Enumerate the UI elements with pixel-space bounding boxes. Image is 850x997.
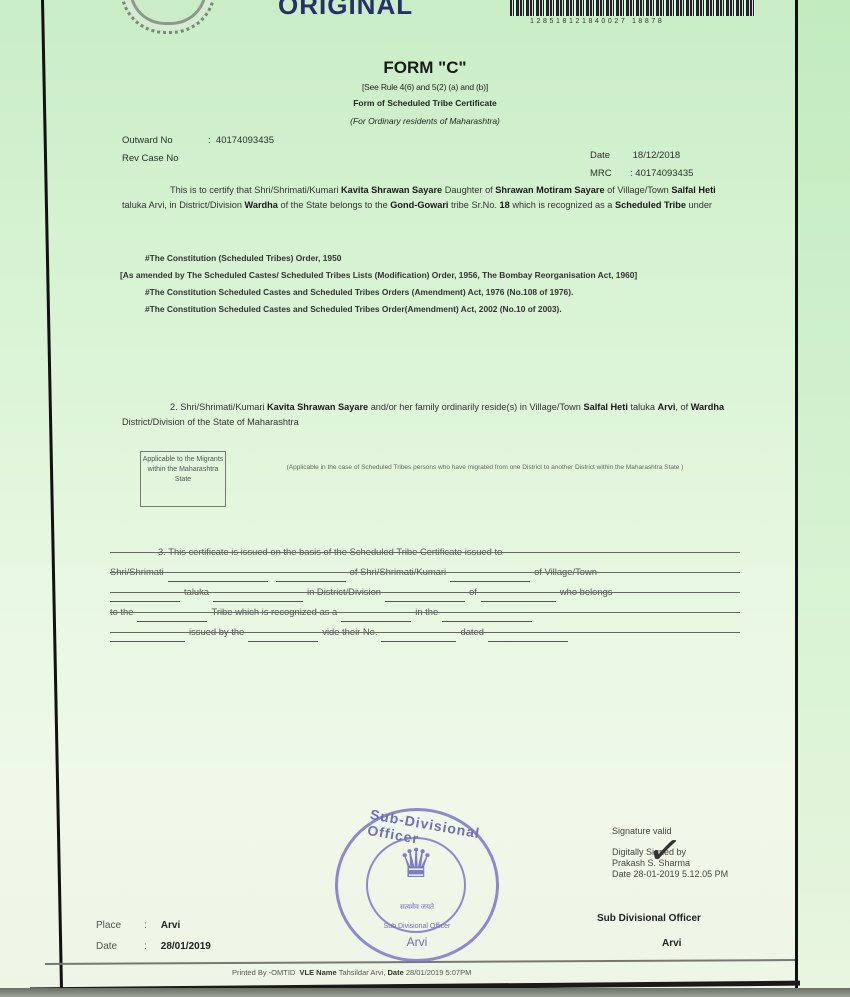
struck-line: to theTribe which is recognized as ain t…	[110, 602, 740, 622]
tribe: Gond-Gowari	[390, 200, 448, 210]
migrants-note: (Applicable in the case of Scheduled Tri…	[240, 462, 730, 473]
text: , in District/Division	[164, 200, 244, 210]
text: of	[469, 586, 477, 597]
text: taluka	[122, 200, 149, 210]
text: of Village/Town	[605, 185, 672, 195]
frame-border-left	[41, 0, 63, 990]
order-item: [As amended by The Scheduled Castes/ Sch…	[95, 269, 720, 282]
text: of the State belongs to the	[278, 200, 390, 210]
officer-office: Arvi	[662, 938, 681, 949]
barcode-icon	[510, 0, 755, 16]
rev-case-label: Rev Case No	[122, 153, 179, 164]
blank	[385, 589, 465, 602]
text: tribe Sr.No.	[448, 200, 499, 210]
date-value: 18/12/2018	[633, 150, 681, 161]
blank	[341, 609, 411, 622]
vle-name: Tahsildar Arvi,	[339, 968, 386, 977]
order-item: #The Constitution Scheduled Castes and S…	[120, 303, 720, 316]
checkmark-icon: ✓	[645, 826, 685, 876]
text: who belongs	[560, 586, 613, 597]
blank	[488, 629, 568, 642]
applicability-note: (For Ordinary residents of Maharashtra)	[0, 116, 850, 126]
father-name: Shrawan Motiram Sayare	[495, 185, 604, 195]
printed-by: Printed By -OMTID	[232, 968, 295, 977]
date-field: Date 18/12/2018	[590, 150, 680, 161]
holder-name: Kavita Shrawan Sayare	[341, 185, 442, 195]
government-emblem-icon	[120, 0, 216, 34]
tribe-sr-no: 18	[500, 200, 510, 210]
text: of Shri/Shrimati/Kumari	[350, 566, 446, 577]
village: Salfal Heti	[671, 185, 715, 195]
barcode-number: 128518121840027 18878	[530, 18, 664, 25]
outward-no: Outward No: 40174093435	[122, 135, 274, 146]
text: dated	[460, 626, 483, 637]
order-item: #The Constitution Scheduled Castes and S…	[120, 286, 720, 299]
official-seal: Sub-Divisional Officer ♛ सत्यमेव जयते Su…	[335, 808, 499, 962]
mrc-value: 40174093435	[635, 168, 693, 179]
issue-date: Date:28/01/2019	[96, 941, 211, 952]
place-value: Arvi	[161, 920, 180, 931]
text: Tribe which is recognized as a	[211, 606, 337, 617]
lion-capital-emblem-icon: ♛	[376, 841, 456, 887]
text: vide their No.	[322, 626, 377, 637]
date-label: Date	[590, 150, 630, 161]
text: District/Division of the State of Mahara…	[122, 417, 299, 427]
mrc-field: MRC: 40174093435	[590, 168, 693, 179]
blank	[137, 609, 207, 622]
district: Wardha	[691, 402, 724, 412]
text: and/or her family ordinarily reside(s) i…	[368, 402, 583, 412]
struck-line: issued by thevide their No.dated	[110, 622, 740, 642]
struck-line: talukain District/Divisionofwho belongs	[110, 582, 740, 602]
text: in the	[415, 606, 438, 617]
text: issued by the	[189, 626, 244, 637]
outward-no-label: Outward No	[122, 135, 208, 146]
text: to the	[110, 606, 133, 617]
mrc-label: MRC	[590, 168, 630, 179]
tribe-status: Scheduled Tribe	[615, 200, 686, 210]
struck-line: 3. This certificate is issued on the bas…	[110, 542, 740, 562]
table-edge	[0, 988, 850, 997]
print-date: 28/01/2019 5:07PM	[406, 968, 471, 977]
text: 2. Shri/Shrimati/Kumari	[170, 402, 267, 412]
district: Wardha	[245, 200, 278, 210]
blank	[276, 569, 346, 582]
migrants-box: Applicable to the Migrants within the Ma…	[140, 451, 226, 507]
text: Daughter of	[442, 185, 495, 195]
blank	[481, 589, 556, 602]
blank	[381, 629, 456, 642]
outward-no-value: 40174093435	[216, 135, 274, 146]
text: Shri/Shrimati	[110, 566, 164, 577]
text: taluka	[184, 586, 209, 597]
text: taluka	[628, 402, 658, 412]
order-item: #The Constitution (Scheduled Tribes) Ord…	[120, 252, 720, 265]
text: in District/Division	[307, 586, 381, 597]
date-label: Date	[96, 941, 144, 952]
blank	[248, 629, 318, 642]
text: which is recognized as a	[510, 200, 615, 210]
residence-paragraph: 2. Shri/Shrimati/Kumari Kavita Shrawan S…	[122, 400, 730, 430]
blank	[442, 609, 532, 622]
frame-border-right	[795, 0, 798, 990]
issue-place: Place:Arvi	[96, 920, 180, 931]
text: , of	[675, 402, 690, 412]
blank	[213, 589, 303, 602]
order-text: [As amended by The Scheduled Castes/ Sch…	[120, 269, 720, 282]
vle-label: VLE Name	[300, 968, 337, 977]
print-date-label: Date	[388, 968, 404, 977]
rule-reference: [See Rule 4(6) and 5(2) (a) and (b)]	[0, 82, 850, 92]
seal-inner-text: Sub Divisional Officer	[338, 923, 496, 930]
blank	[110, 629, 185, 642]
text: under	[686, 200, 712, 210]
officer-designation: Sub Divisional Officer	[597, 913, 701, 924]
text: 3. This certificate is issued on the bas…	[158, 546, 502, 557]
village: Salfal Heti	[583, 402, 627, 412]
certificate-type: Form of Scheduled Tribe Certificate	[0, 98, 850, 108]
form-title: FORM "C"	[0, 58, 850, 78]
seal-place: Arvi	[338, 935, 496, 949]
certification-paragraph: This is to certify that Shri/Shrimati/Ku…	[122, 183, 730, 213]
orders-list: #The Constitution (Scheduled Tribes) Ord…	[120, 252, 720, 320]
date-value: 28/01/2019	[161, 941, 211, 952]
taluka: Arvi	[658, 402, 676, 412]
blank	[110, 589, 180, 602]
taluka: Arvi	[149, 200, 165, 210]
place-label: Place	[96, 920, 144, 931]
struck-through-paragraph: 3. This certificate is issued on the bas…	[110, 542, 740, 642]
struck-line: Shri/Shrimatiof Shri/Shrimati/Kumariof V…	[110, 562, 740, 582]
original-stamp: ORIGINAL	[278, 0, 413, 21]
text: of Village/Town	[534, 566, 597, 577]
blank	[450, 569, 530, 582]
holder-name: Kavita Shrawan Sayare	[267, 402, 368, 412]
rev-case-no: Rev Case No	[122, 153, 179, 164]
seal-motto: सत्यमेव जयते	[338, 903, 496, 912]
background-right	[797, 0, 850, 997]
blank	[168, 569, 268, 582]
print-footer: Printed By -OMTID VLE Name Tahsildar Arv…	[232, 968, 471, 977]
text: This is to certify that Shri/Shrimati/Ku…	[170, 185, 341, 195]
